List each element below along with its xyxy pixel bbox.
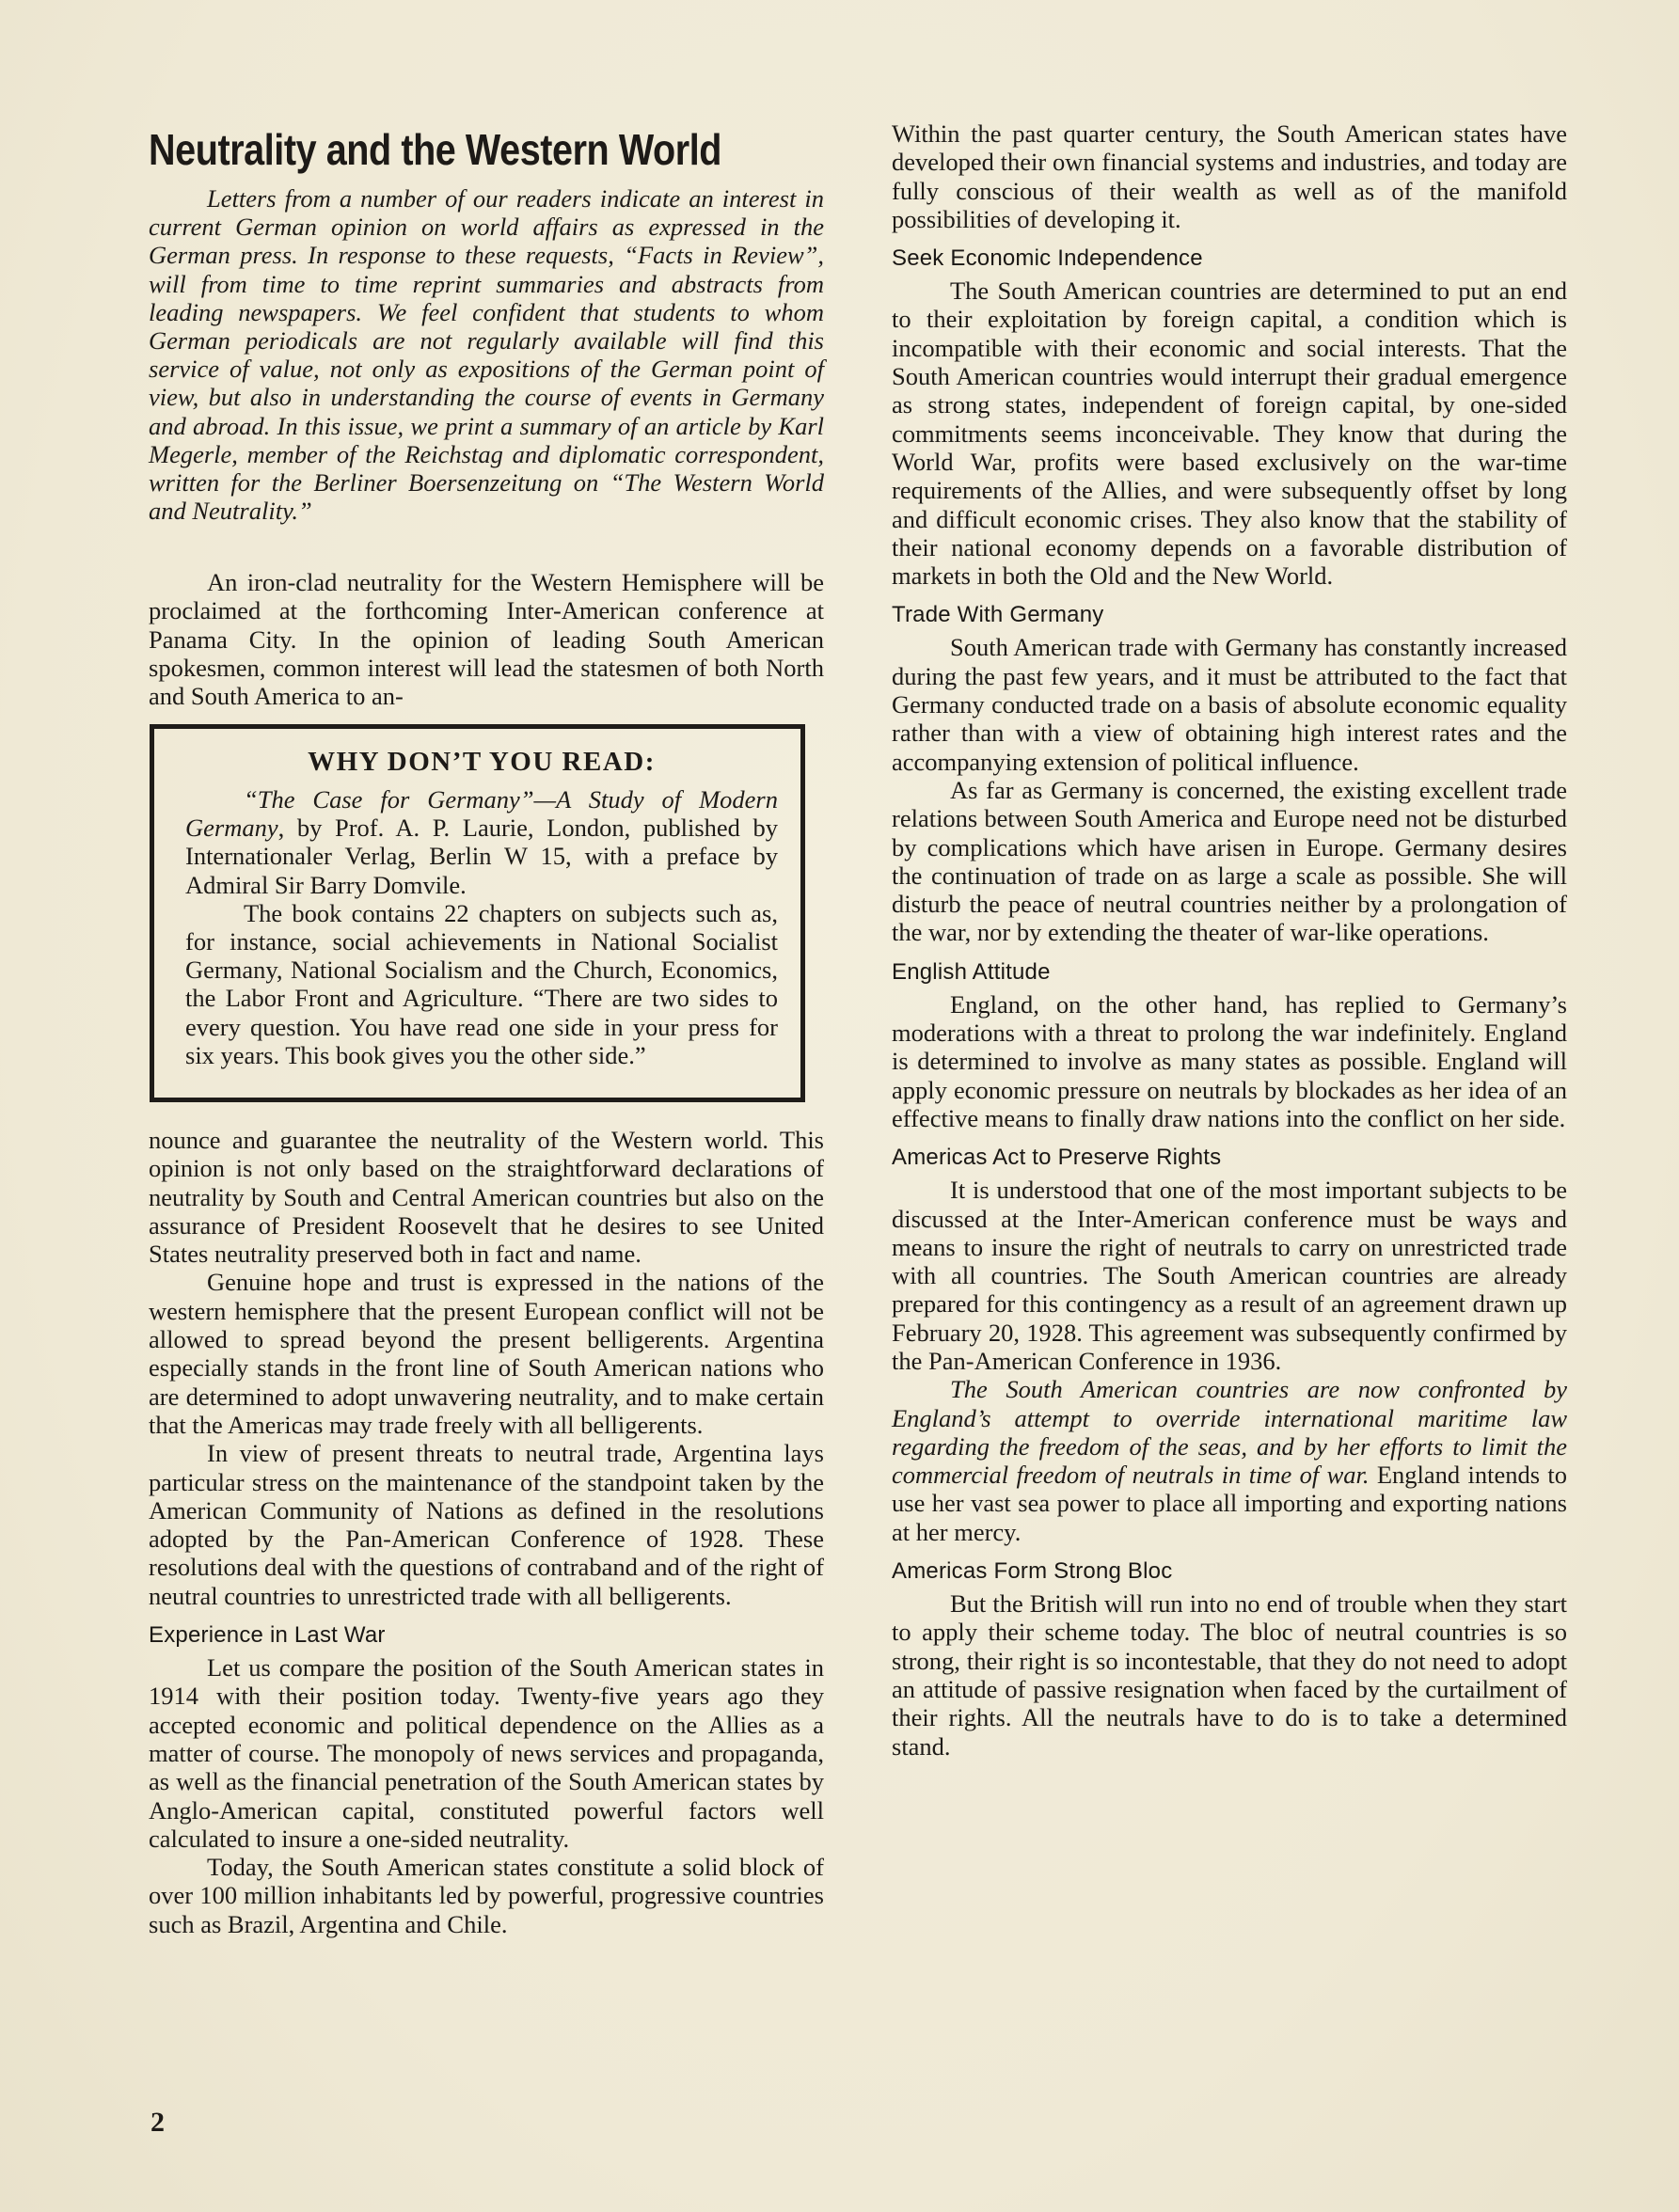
paragraph-within-quarter-century: Within the past quarter century, the Sou… bbox=[892, 119, 1567, 233]
paragraph-compare: Let us compare the position of the South… bbox=[149, 1653, 824, 1853]
paragraph-threats: In view of present threats to neutral tr… bbox=[149, 1439, 824, 1610]
subhead-experience-last-war: Experience in Last War bbox=[149, 1621, 824, 1650]
newsletter-page: Neutrality and the Western World Letters… bbox=[0, 0, 1679, 2212]
right-column: Within the past quarter century, the Sou… bbox=[892, 119, 1567, 1761]
paragraph-trade-1: South American trade with Germany has co… bbox=[892, 633, 1567, 775]
paragraph-today: Today, the South American states constit… bbox=[149, 1853, 824, 1938]
left-column-continued: nounce and guarantee the neutrality of t… bbox=[149, 1126, 824, 1938]
subhead-english-attitude: English Attitude bbox=[892, 958, 1567, 987]
paragraph-iron-clad: An iron-clad neutrality for the Western … bbox=[149, 568, 824, 710]
paragraph-english-attitude: England, on the other hand, has replied … bbox=[892, 990, 1567, 1132]
article-title: Neutrality and the Western World bbox=[149, 125, 721, 174]
book-description: The book contains 22 chapters on subject… bbox=[185, 899, 778, 1069]
box-title: WHY DON’T YOU READ: bbox=[185, 746, 778, 778]
paragraph-genuine-hope: Genuine hope and trust is expressed in t… bbox=[149, 1268, 824, 1439]
paragraph-preserve-rights: It is understood that one of the most im… bbox=[892, 1176, 1567, 1375]
paragraph-confronted: The South American countries are now con… bbox=[892, 1375, 1567, 1546]
subhead-trade-with-germany: Trade With Germany bbox=[892, 601, 1567, 629]
paragraph-strong-bloc: But the British will run into no end of … bbox=[892, 1589, 1567, 1761]
editorial-intro: Letters from a number of our readers ind… bbox=[149, 184, 824, 525]
paragraph-continuation: nounce and guarantee the neutrality of t… bbox=[149, 1126, 824, 1268]
opening-paragraph: An iron-clad neutrality for the Western … bbox=[149, 568, 824, 710]
why-dont-you-read-box: WHY DON’T YOU READ: “The Case for German… bbox=[150, 724, 805, 1102]
book-citation: “The Case for Germany”—A Study of Modern… bbox=[185, 785, 778, 899]
page-number: 2 bbox=[150, 2107, 165, 2139]
subhead-preserve-rights: Americas Act to Preserve Rights bbox=[892, 1144, 1567, 1172]
paragraph-economic-independence: The South American countries are determi… bbox=[892, 276, 1567, 590]
editorial-intro-text: Letters from a number of our readers ind… bbox=[149, 184, 824, 525]
subhead-strong-bloc: Americas Form Strong Bloc bbox=[892, 1557, 1567, 1586]
subhead-economic-independence: Seek Economic Independence bbox=[892, 245, 1567, 273]
paragraph-trade-2: As far as Germany is concerned, the exis… bbox=[892, 776, 1567, 947]
